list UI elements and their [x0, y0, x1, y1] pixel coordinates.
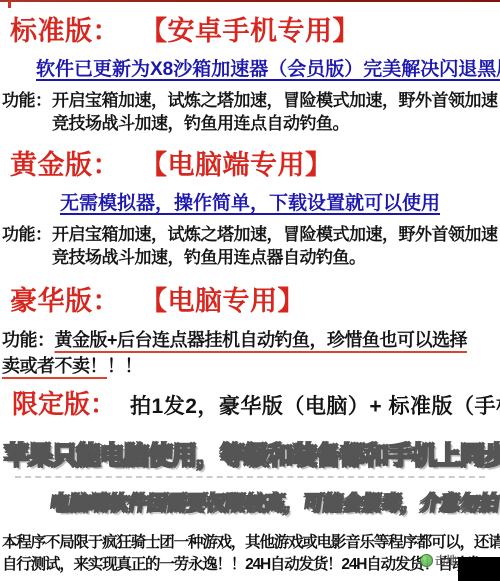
gold-notice: 无需模拟器，操作简单，下载设置就可以使用 — [0, 191, 500, 217]
censor-box — [458, 557, 500, 581]
standard-heading-row: 标准版： 【安卓手机专用】 — [10, 13, 500, 49]
gold-heading-row: 黄金版： 【电脑端专用】 — [10, 147, 500, 183]
gold-features: 功能：开启宝箱加速，试炼之塔加速，冒险模式加速，野外首领加速竞技场战斗加速，钓鱼… — [2, 223, 500, 269]
standard-feature-label: 功能： — [2, 89, 52, 112]
shadow-dashed-line — [15, 476, 485, 478]
green-globe-icon — [420, 554, 433, 567]
limited-description: 拍1发2，豪华版（电脑）+ 标准版（手机） — [130, 390, 500, 424]
apple-sync-note: 苹果只能电脑使用，等级和装备都和手机上同步的 — [4, 438, 500, 474]
top-left-red-tick — [8, 1, 11, 8]
deluxe-feature-line2-underlined: 卖或者不卖！ — [2, 356, 107, 376]
limited-title: 限定版： — [12, 387, 116, 421]
footer-line2: 自行测试，来实现真正的一劳永逸！！24H自动发货！24H自动发货！自动发 — [2, 556, 481, 573]
deluxe-title: 豪华版： — [10, 283, 120, 319]
deluxe-feature-line2-rest: ！！ — [107, 356, 142, 376]
deluxe-heading-row: 豪华版： 【电脑专用】 — [10, 283, 500, 319]
footer-line1: 本程序不局限于疯狂骑士团一种游戏，其他游戏或电影音乐等程序都可以，还请 — [2, 534, 500, 551]
standard-notice: 软件已更新为X8沙箱加速器（会员版）完美解决闪退黑屏 — [36, 57, 500, 83]
standard-feature-line2: 竞技场战斗加速，钓鱼用连点自动钓鱼。 — [52, 114, 349, 133]
gold-feature-line1: 开启宝箱加速，试炼之塔加速，冒险模式加速，野外首领加速 — [52, 225, 498, 244]
deluxe-feature-label: 功能： — [2, 330, 55, 350]
antivirus-warning-note: 电脑端软件因需要权限较高，可能会报毒，介意勿拍 — [48, 490, 500, 518]
promo-page: 标准版： 【安卓手机专用】 软件已更新为X8沙箱加速器（会员版）完美解决闪退黑屏… — [0, 0, 500, 581]
standard-subtitle: 【安卓手机专用】 — [140, 13, 360, 49]
standard-features: 功能：开启宝箱加速，试炼之塔加速，冒险模式加速，野外首领加速竞技场战斗加速，钓鱼… — [2, 89, 500, 135]
standard-title: 标准版： — [10, 13, 120, 49]
top-border-line — [0, 0, 500, 2]
deluxe-features: 功能：黄金版+后台连点器挂机自动钓鱼，珍惜鱼也可以选择卖或者不卖！！！ — [2, 327, 500, 379]
gold-subtitle: 【电脑端专用】 — [140, 147, 333, 183]
site-watermark: 击地 — [420, 552, 457, 568]
watermark-label: 击地 — [435, 552, 457, 568]
gold-feature-line2: 竞技场战斗加速，钓鱼用连点器自动钓鱼。 — [52, 248, 366, 267]
gold-feature-label: 功能： — [2, 223, 52, 246]
limited-heading-row: 限定版： 拍1发2，豪华版（电脑）+ 标准版（手机） — [12, 387, 500, 424]
deluxe-subtitle: 【电脑专用】 — [140, 283, 305, 319]
gold-title: 黄金版： — [10, 147, 120, 183]
standard-feature-line1: 开启宝箱加速，试炼之塔加速，冒险模式加速，野外首领加速 — [52, 91, 498, 110]
deluxe-feature-line1: 黄金版+后台连点器挂机自动钓鱼，珍惜鱼也可以选择 — [55, 330, 468, 350]
